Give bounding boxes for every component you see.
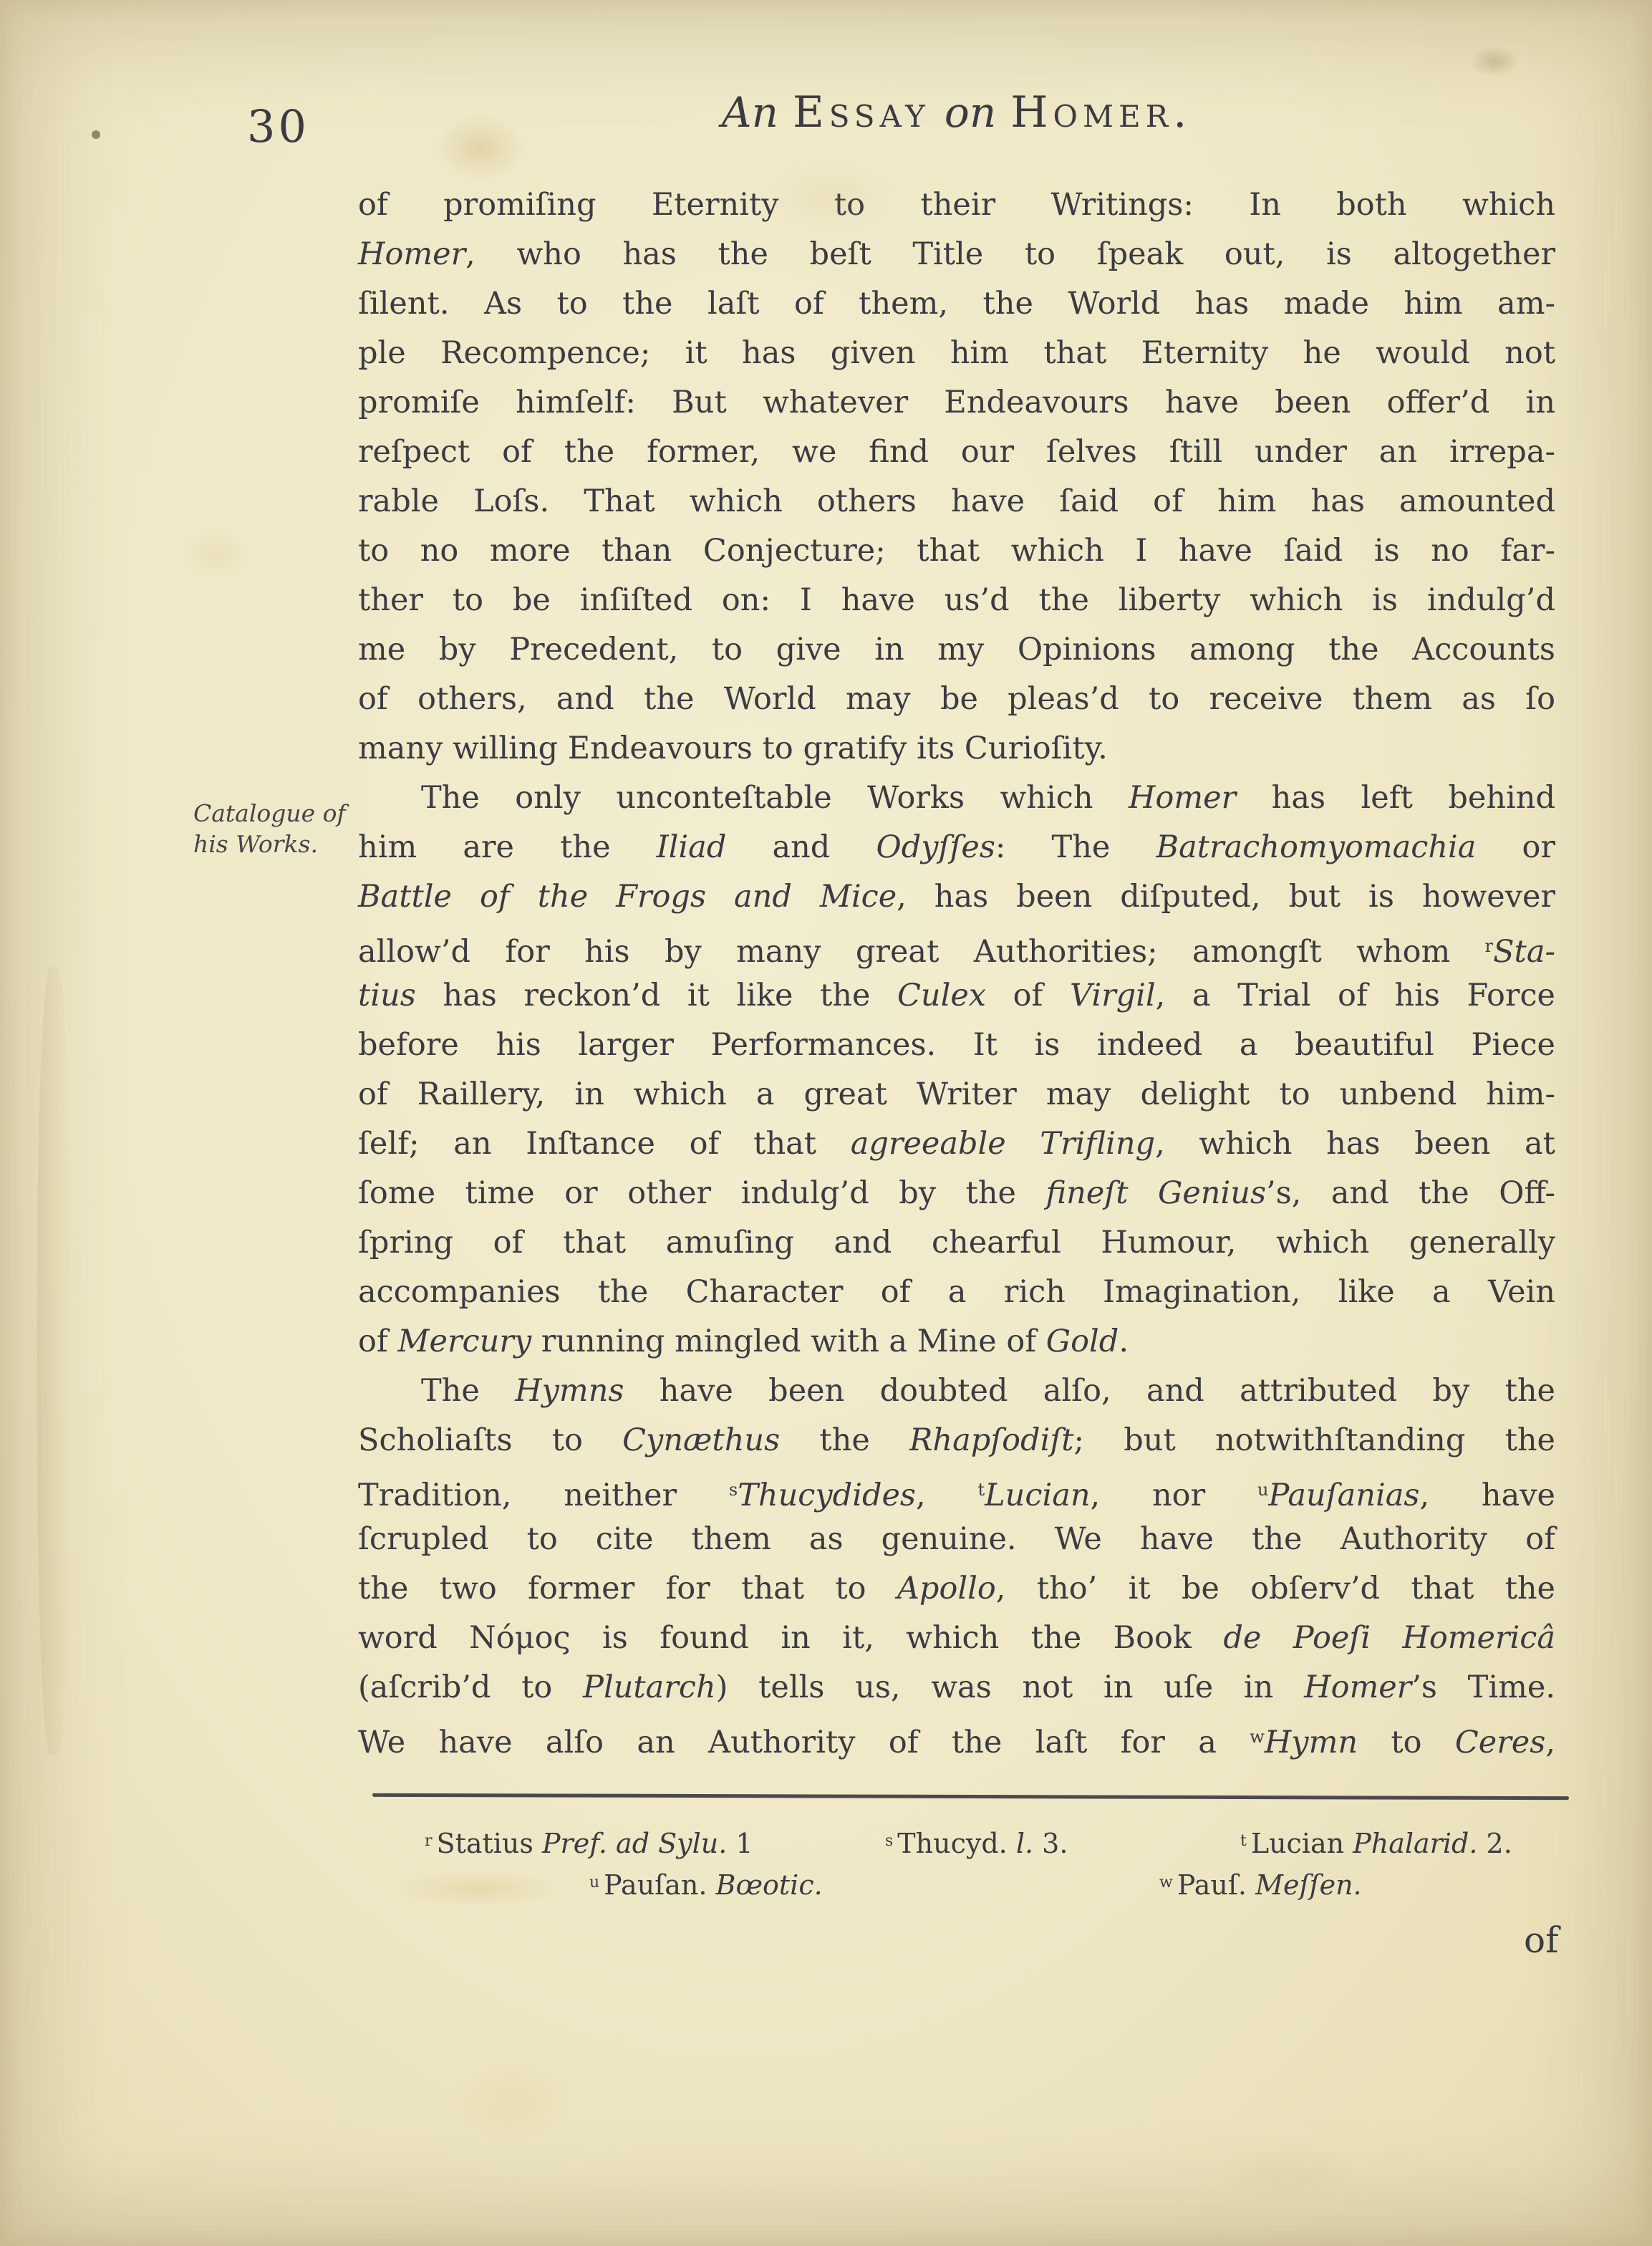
text-line: promiſe himſelf: But whatever Endeavours… [358,378,1555,428]
italic-segment: Bœotic. [716,1869,823,1901]
text-segment: to no more than Conjecture; that which I… [358,533,1555,569]
text-line: of Mercury running mingled with a Mine o… [358,1317,1555,1367]
text-segment: ; but notwithſtanding the [1074,1422,1555,1458]
text-segment: him are the [358,829,657,865]
text-segment: Pauſan. [604,1869,715,1901]
text-segment: or [1476,829,1555,865]
text-segment: ple Recompence; it has given him that Et… [358,335,1555,371]
text-line: Scholiaſts to Cynæthus the Rhapſodiſt; b… [358,1416,1555,1465]
header-word-an: An [722,88,778,137]
text-segment: Pauſ. [1177,1869,1255,1901]
text-segment: ) tells us, was not in uſe in [716,1669,1304,1705]
text-segment: Tradition, neither [358,1478,729,1513]
text-segment: of [986,978,1070,1013]
note-marker: w [1159,1874,1173,1891]
text-segment: The [421,1373,515,1409]
italic-segment: Homer [1129,780,1236,816]
paper-stain [394,1871,566,1907]
footnote: uPauſan. Bœotic. [589,1869,823,1901]
italic-segment: Ceres [1455,1725,1545,1760]
text-line: ther to be inſiſted on: I have us’d the … [358,576,1555,625]
text-line: reſpect of the former, we find our ſelve… [358,428,1555,477]
text-segment: (aſcrib’d to [358,1669,583,1705]
text-segment: , nor [1091,1478,1257,1513]
body-text: of promiſing Eternity to their Writings:… [358,180,1555,1762]
header-word-on: on [945,88,996,137]
header-word-essay: Essay [793,87,930,138]
text-line: me by Precedent, to give in my Opinions … [358,625,1555,675]
book-page: 30 AnEssayonHomer. Catalogue of his Work… [0,0,1652,2246]
text-segment: 1 [727,1828,753,1859]
footnote: wPauſ. Meſſen. [1159,1869,1362,1901]
italic-segment: Rhapſodiſt [909,1422,1074,1458]
italic-segment: Homer [1304,1669,1411,1705]
text-segment: of others, and the World may be pleas’d … [358,681,1555,717]
text-segment: to [1358,1725,1455,1760]
italic-segment: Sta- [1493,934,1555,970]
text-segment: many willing Endeavours to gratify its C… [358,731,1108,766]
paper-stain [1210,2141,1361,2209]
note-marker: t [977,1480,985,1500]
italic-segment: Mercury [397,1324,531,1359]
italic-segment: Virgil [1070,978,1156,1013]
note-marker: u [589,1874,599,1891]
text-segment: has reckon’d it like the [416,978,897,1013]
text-segment: ’s, and the Off- [1266,1175,1555,1211]
italic-segment: Plutarch [583,1669,716,1705]
text-line: tius has reckon’d it like the Culex of V… [358,971,1555,1021]
text-segment: of [358,1324,397,1359]
text-segment: 2. [1477,1828,1512,1859]
italic-segment: Hymns [515,1373,624,1409]
italic-segment: Apollo [897,1571,996,1606]
text-segment: the [780,1422,909,1458]
footnote: tLucian Phalarid. 2. [1240,1828,1512,1859]
italic-segment: Battle of the Frogs and Mice [358,879,897,915]
text-segment: , which has been at [1155,1126,1555,1162]
text-segment: 3. [1033,1828,1068,1859]
text-segment: allow’d for his by many great Authoritie… [358,934,1485,970]
text-segment: We have alſo an Authority of the laſt fo… [358,1725,1250,1760]
text-segment: ſelf; an Inſtance of that [358,1126,851,1162]
text-line: rable Loſs. That which others have ſaid … [358,477,1555,526]
note-marker: s [729,1480,738,1500]
text-line: The Hymns have been doubted alſo, and at… [358,1367,1555,1416]
text-segment: ’s Time. [1411,1669,1555,1705]
italic-segment: Lucian [985,1478,1090,1513]
italic-segment: Cynæthus [622,1422,780,1458]
text-line: word Νόμος is found in it, which the Boo… [358,1614,1555,1663]
margin-note-line: Catalogue of [193,798,369,829]
text-segment: , who has the beſt Title to ſpeak out, i… [465,236,1555,272]
text-segment: ſpring of that amuſing and chearful Humo… [358,1225,1555,1261]
margin-note: Catalogue of his Works. [193,798,369,859]
text-segment: the two former for that to [358,1571,897,1606]
text-segment: ſome time or other indulg’d by the [358,1175,1045,1211]
text-line: of others, and the World may be pleas’d … [358,675,1555,724]
italic-segment: Pref. ad Sylu. [542,1828,727,1859]
italic-segment: Thucydides [738,1478,916,1513]
italic-segment: Iliad [657,829,727,865]
text-line: Homer, who has the beſt Title to ſpeak o… [358,230,1555,279]
text-line: of Raillery, in which a great Writer may… [358,1070,1555,1119]
text-segment: Thucyd. [897,1828,1016,1859]
italic-segment: de Poeſi Homericâ [1223,1620,1555,1656]
text-segment: ther to be inſiſted on: I have us’d the … [358,582,1555,618]
italic-segment: Gold [1046,1324,1119,1359]
text-segment: The only unconteſtable Works which [421,780,1129,816]
text-line: (aſcrib’d to Plutarch) tells us, was not… [358,1663,1555,1712]
text-segment: . [1119,1324,1129,1359]
margin-note-line: his Works. [193,829,369,859]
text-line: Battle of the Frogs and Mice, has been d… [358,872,1555,922]
paper-stain [1469,46,1520,77]
running-header: AnEssayonHomer. [358,87,1555,138]
paper-speck [92,130,100,139]
text-segment: running mingled with a Mine of [531,1324,1046,1359]
text-line: Tradition, neither sThucydides, tLucian,… [358,1465,1555,1515]
text-line: We have alſo an Authority of the laſt fo… [358,1712,1555,1762]
text-line: ſcrupled to cite them as genuine. We hav… [358,1515,1555,1564]
paper-stain [37,967,70,1755]
text-segment: me by Precedent, to give in my Opinions … [358,632,1555,667]
text-segment: Scholiaſts to [358,1422,622,1458]
note-marker: s [885,1832,893,1850]
text-segment: reſpect of the former, we find our ſelve… [358,434,1555,470]
italic-segment: tius [358,978,416,1013]
italic-segment: l. [1016,1828,1033,1859]
text-segment: and [726,829,876,865]
italic-segment: Homer [358,236,465,272]
note-marker: r [1485,936,1493,956]
page-number: 30 [247,100,309,153]
text-segment: , [916,1478,977,1513]
text-segment: promiſe himſelf: But whatever Endeavours… [358,385,1555,420]
text-segment: , have [1419,1478,1555,1513]
footnote-rule [372,1793,1569,1800]
italic-segment: Meſſen. [1255,1869,1362,1901]
italic-segment: Batrachomyomachia [1156,829,1477,865]
text-line: ple Recompence; it has given him that Et… [358,329,1555,378]
italic-segment: agreeable Trifling [851,1126,1155,1162]
note-marker: u [1257,1480,1268,1500]
text-segment: have been doubted alſo, and attributed b… [624,1373,1555,1409]
text-segment: of promiſing Eternity to their Writings:… [358,187,1555,223]
text-line: allow’d for his by many great Authoritie… [358,922,1555,971]
paper-stain [183,526,251,580]
text-segment: word Νόμος is found in it, which the Boo… [358,1620,1223,1656]
text-segment: ſilent. As to the laſt of them, the Worl… [358,286,1555,322]
text-line: ſpring of that amuſing and chearful Humo… [358,1218,1555,1268]
text-segment: , has been diſputed, but is however [897,879,1555,915]
header-word-homer: Homer. [1010,87,1192,138]
text-line: many willing Endeavours to gratify its C… [358,724,1555,773]
italic-segment: Culex [897,978,986,1013]
text-segment: , tho’ it be obſerv’d that the [996,1571,1555,1606]
note-marker: t [1240,1832,1247,1850]
text-line: accompanies the Character of a rich Imag… [358,1268,1555,1317]
text-segment: accompanies the Character of a rich Imag… [358,1274,1555,1310]
text-line: to no more than Conjecture; that which I… [358,526,1555,576]
text-segment: , a Trial of his Force [1156,978,1555,1013]
text-segment: , [1545,1725,1555,1760]
text-segment: Lucian [1251,1828,1353,1859]
italic-segment: Hymn [1265,1725,1358,1760]
text-line: before his larger Performances. It is in… [358,1021,1555,1070]
italic-segment: Pauſanias [1268,1478,1419,1513]
text-line: The only unconteſtable Works which Homer… [358,773,1555,823]
text-line: the two former for that to Apollo, tho’ … [358,1564,1555,1614]
text-segment: of Raillery, in which a great Writer may… [358,1076,1555,1112]
text-segment: : The [995,829,1156,865]
text-line: him are the Iliad and Odyſſes: The Batra… [358,823,1555,872]
text-segment: rable Loſs. That which others have ſaid … [358,483,1555,519]
note-marker: r [425,1832,433,1850]
text-segment: ſcrupled to cite them as genuine. We hav… [358,1521,1555,1557]
footnote: sThucyd. l. 3. [885,1828,1068,1859]
note-marker: w [1250,1727,1265,1747]
footnote: rStatius Pref. ad Sylu. 1 [425,1828,753,1859]
text-line: ſilent. As to the laſt of them, the Worl… [358,279,1555,329]
text-line: of promiſing Eternity to their Writings:… [358,180,1555,230]
text-line: ſome time or other indulg’d by the fineſ… [358,1169,1555,1218]
paper-stain [451,2063,573,2145]
text-segment: has left behind [1236,780,1555,816]
italic-segment: Odyſſes [876,829,995,865]
text-segment: Statius [437,1828,542,1859]
catchword: of [1524,1919,1559,1961]
text-line: ſelf; an Inſtance of that agreeable Trif… [358,1119,1555,1169]
italic-segment: fineſt Genius [1045,1175,1266,1211]
italic-segment: Phalarid. [1353,1828,1477,1859]
text-segment: before his larger Performances. It is in… [358,1027,1555,1063]
